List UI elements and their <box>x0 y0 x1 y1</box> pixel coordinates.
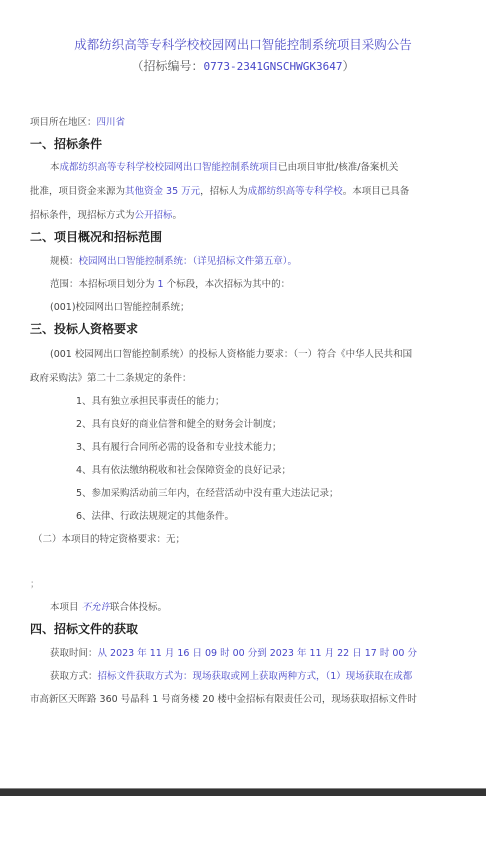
qualification-item: 5、参加采购活动前三年内，在经营活动中没有重大违法记录； <box>76 485 339 499</box>
page-title: 成都纺织高等专科学校校园网出口智能控制系统项目采购公告 <box>0 35 486 53</box>
section1-paragraph-line2: 批准，项目资金来源为其他资金 35 万元，招标人为成都纺织高等专科学校。本项目已… <box>30 183 409 197</box>
time-value: 从 2023 年 11 月 16 日 09 时 00 分到 2023 年 11 … <box>98 648 417 659</box>
qualification-item: 1、具有独立承担民事责任的能力； <box>76 393 225 407</box>
section1-paragraph-line1: 本成都纺织高等专科学校校园网出口智能控制系统项目已由项目审批/核准/备案机关 <box>50 159 398 173</box>
page-divider-bar <box>0 788 486 796</box>
text: 招标条件，现招标方式为 <box>30 210 135 221</box>
text: 批准，项目资金来源为 <box>30 186 125 197</box>
project-region: 项目所在地区：四川省 <box>30 114 125 128</box>
lot-item: (001)校园网出口智能控制系统； <box>50 299 190 313</box>
text: ，招标人为 <box>200 186 248 197</box>
scale-line: 规模：校园网出口智能控制系统：（详见招标文件第五章）。 <box>50 253 297 267</box>
method-value: 招标文件获取方式为：现场获取或网上获取两种方式，（1）现场获取在成都 <box>98 671 413 682</box>
section3-heading: 三、投标人资格要求 <box>30 320 138 337</box>
tender-number: （招标编号：0773-2341GNSCHWGK3647） <box>0 57 486 74</box>
section1-paragraph-line3: 招标条件，现招标方式为公开招标。 <box>30 207 182 221</box>
consortium-value: 不允许 <box>82 602 111 613</box>
scope-line: 范围：本招标项目划分为 1 个标段，本次招标为其中的： <box>50 276 290 290</box>
method-label: 获取方式： <box>50 671 98 682</box>
tender-number-prefix: （招标编号： <box>131 59 203 73</box>
qualification-item: 6、法律、行政法规规定的其他条件。 <box>76 508 234 522</box>
qualification-item: 3、具有履行合同所必需的设备和专业技术能力； <box>76 439 282 453</box>
region-label: 项目所在地区： <box>30 117 97 128</box>
region-value: 四川省 <box>97 117 126 128</box>
stray-punctuation: ； <box>30 576 40 590</box>
qualification-intro-line1: (001 校园网出口智能控制系统）的投标人资格能力要求：（一）符合《中华人民共和… <box>50 346 412 360</box>
qualification-item: 2、具有良好的商业信誉和健全的财务会计制度； <box>76 416 282 430</box>
text: 本项目 <box>50 602 82 613</box>
project-name: 成都纺织高等专科学校校园网出口智能控制系统项目 <box>60 162 279 173</box>
text: 已由项目审批/核准/备案机关 <box>278 162 398 173</box>
text: 个标段，本次招标为其中的： <box>164 279 291 290</box>
tender-number-suffix: ） <box>343 59 355 73</box>
time-label: 获取时间： <box>50 648 98 659</box>
qualification-intro-line2: 政府采购法》第二十二条规定的条件： <box>30 370 192 384</box>
text: 。 <box>173 210 183 221</box>
section1-heading: 一、招标条件 <box>30 135 102 152</box>
special-qualification: （二）本项目的特定资格要求：无； <box>33 531 185 545</box>
text: 本 <box>50 162 60 173</box>
text: 范围：本招标项目划分为 <box>50 279 158 290</box>
text: 。本项目已具备 <box>343 186 410 197</box>
scale-label: 规模： <box>50 256 79 267</box>
section4-heading: 四、招标文件的获取 <box>30 620 138 637</box>
tenderer: 成都纺织高等专科学校 <box>248 186 343 197</box>
acquire-method-line2: 市高新区天晖路 360 号晶科 1 号商务楼 20 楼中金招标有限责任公司，现场… <box>30 691 417 705</box>
section2-heading: 二、项目概况和招标范围 <box>30 228 162 245</box>
qualification-item: 4、具有依法缴纳税收和社会保障资金的良好记录； <box>76 462 291 476</box>
tender-method: 公开招标 <box>135 210 173 221</box>
text: 联合体投标。 <box>110 602 167 613</box>
consortium-line: 本项目 不允许联合体投标。 <box>50 599 167 613</box>
fund-source: 其他资金 35 万元 <box>125 186 200 197</box>
tender-number-code: 0773-2341GNSCHWGK3647 <box>203 60 342 73</box>
acquire-method-line1: 获取方式：招标文件获取方式为：现场获取或网上获取两种方式，（1）现场获取在成都 <box>50 668 412 682</box>
scale-value: 校园网出口智能控制系统：（详见招标文件第五章）。 <box>79 256 298 267</box>
acquire-time-line: 获取时间：从 2023 年 11 月 16 日 09 时 00 分到 2023 … <box>50 645 417 659</box>
